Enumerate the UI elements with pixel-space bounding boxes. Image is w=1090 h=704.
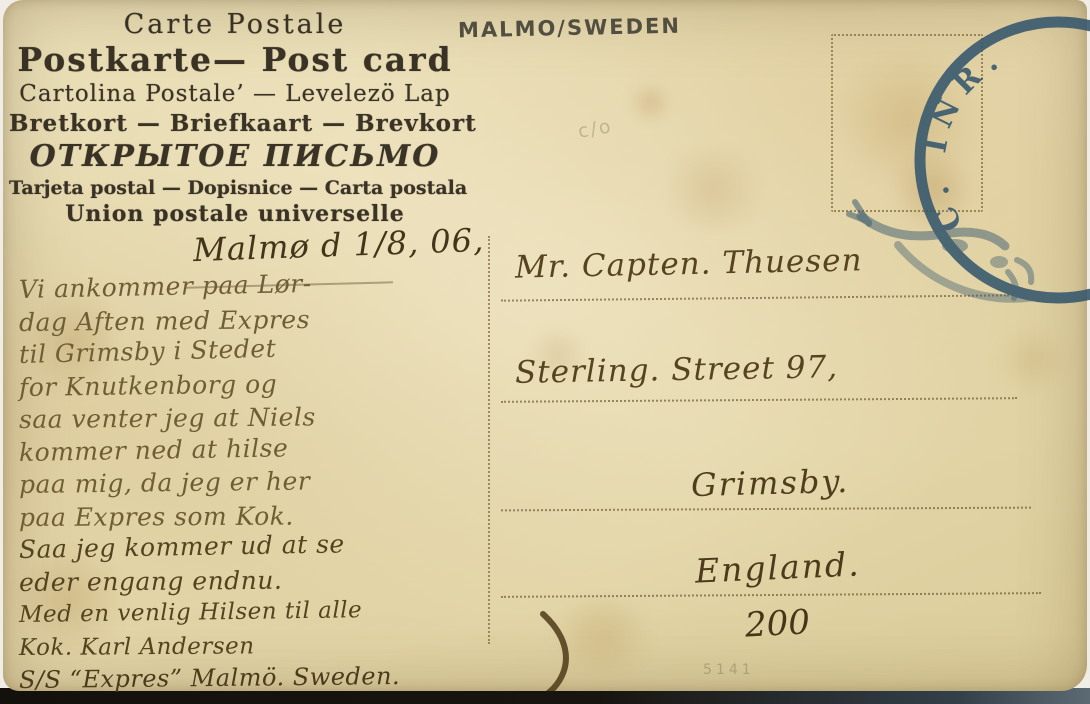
faint-pencil-mark: c/o [576,115,614,143]
message-line: Med en venlig Hilsen til alle [19,592,489,631]
message-line: Saa jeg kommer ud at se [19,526,489,567]
address-underline [501,397,1017,403]
header-line-bretkort: Bretkort — Briefkaart — Brevkort [9,109,461,138]
header-line-postkarte: Postkarte— Post card [9,40,461,80]
postmark-arc-text: C. INR. U [803,10,1030,237]
message-line: Vi ankommer paa Lør- [19,264,490,306]
postmark-smudge [942,239,968,253]
header-line-cartolina: Cartolina Postale’ — Levelezö Lap [9,80,461,109]
header-line-cyrillic: ОТКРЫТОЕ ПИСЬМО [9,138,461,176]
address-city: Grimsby. [691,462,850,504]
header-line-carte-postale: Carte Postale [9,10,461,40]
address-country: England. [694,544,861,590]
svg-text:C. INR. U: C. INR. U [803,10,1030,237]
stain [543,600,663,670]
stain [993,330,1073,390]
postcard-back: Carte Postale Postkarte— Post card Carto… [3,0,1087,691]
pencil-origin-note: MALMO/SWEDEN [458,14,681,43]
message-line-ship: S/S “Expres” Malmö. Sweden. [19,659,489,696]
header-line-tarjeta: Tarjeta postal — Dopisnice — Carta posta… [9,176,461,201]
address-underline [501,592,1041,598]
stain [628,85,673,120]
address-number-200: 200 [744,602,811,645]
message-line-signature: Kok. Karl Andersen [19,628,489,664]
printed-languages-header: Carte Postale Postkarte— Post card Carto… [9,10,461,228]
dateline: Malmø d 1/8, 06, [192,221,484,269]
message-body: Vi ankommer paa Lør- dag Aften med Expre… [19,268,489,697]
message-line: for Knutkenborg og [19,365,489,404]
address-street: Sterling. Street 97, [515,349,839,391]
postmark-smudge [849,202,869,224]
stain [653,150,773,230]
addressee-name: Mr. Capten. Thuesen [515,242,863,285]
address-underline [501,507,1031,512]
faint-imprint-number: 5141 [703,662,755,678]
scanned-postcard-photo: Carte Postale Postkarte— Post card Carto… [0,0,1090,704]
message-line: paa mig, da jeg er her [19,463,489,501]
postmark-smudge [990,256,1008,268]
